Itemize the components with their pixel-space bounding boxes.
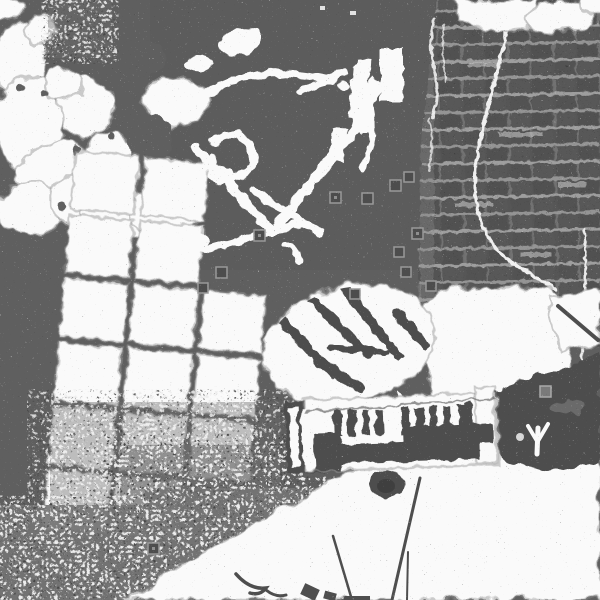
grain-dark <box>0 0 600 600</box>
photo-canvas <box>0 0 600 600</box>
posterized-garden-photo <box>0 0 600 600</box>
